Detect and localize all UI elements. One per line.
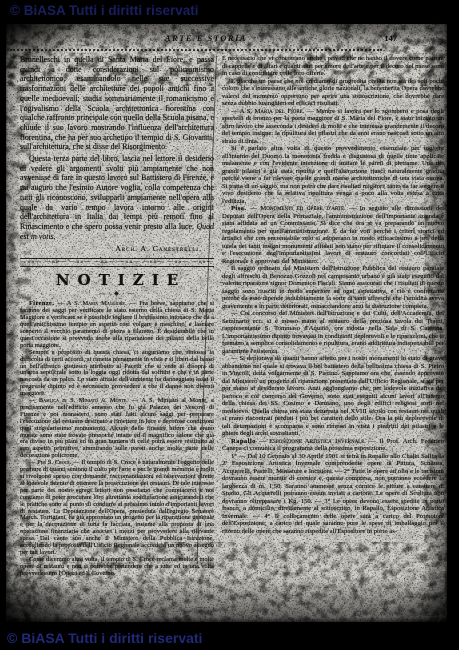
news-item: — Col concorso dei Ministeri dell'Istruz… [222,310,444,355]
section-title: NOTIZIE [20,271,214,289]
news-item: Sempre a proposito di questa chiesa, ci … [20,350,214,398]
news-item: Rapallo — Esposizione Artistica Invernal… [222,438,444,453]
right-column: È necessario che vi concorrano anche i p… [222,55,444,569]
news-text: È necessario che vi concorrano anche i p… [222,55,444,77]
news-lead: — Monumenti ed opere d'arte. — [246,205,359,212]
news-item: Si è parlato altra volta di questo provv… [222,145,444,205]
news-city: Rapallo [231,438,256,445]
news-text: In seguito alle dimissioni dei Deputati … [222,205,444,265]
page-surface: ARTE E STORIA 147 Brunelleschi in quella… [6,24,447,622]
article-text: Brunelleschi in quella di Santa Maria de… [20,55,214,151]
news-text: E giacché un paese che noi crediamo di p… [222,78,444,108]
news-lead: — A S. Maria del Fiore. — [231,108,316,115]
news-text: — Col concorso dei Ministeri dell'Istruz… [222,310,444,355]
journal-title: ARTE E STORIA [124,33,288,43]
news-text: Il saggio ordinato dal Ministero dell'Is… [222,265,444,310]
article-text: Questa terza parte del libro, lascia nel… [20,154,214,231]
news-text: Come dicemmo altra volta, il tempio di S… [20,556,214,577]
watermark-top: © BiASA Tutti i diritti riservati [10,3,198,18]
article-signature: Arch. A. Canestrelli. [20,244,214,253]
news-text: Sempre a proposito di questa chiesa, ci … [20,349,214,397]
scanned-journal-page: ARTE E STORIA 147 Brunelleschi in quella… [0,0,459,650]
news-item: È necessario che vi concorrano anche i p… [222,55,444,78]
ornament-band: —«»— —«»— —«»— —«»— —«»— —«»— —«»— —«»— … [20,258,214,267]
ornament-small: — · ◆ · — [20,290,214,297]
news-item: Pisa. — Monumenti ed opere d'arte. — In … [222,205,444,265]
news-text: — Si deplorava da quanti hanno affetto p… [222,355,444,437]
article-paragraph: Questa terza parte del libro, lascia nel… [20,154,214,241]
watermark-bottom: © BiASA Tutti i diritti riservati [7,630,202,646]
news-item: — A S. Maria del Fiore. — Mentre si lavo… [222,108,444,146]
news-text: Fra breve, sappiamo che si faranno dei s… [20,300,214,348]
news-item: — Basilica di S. Miniato al Monte. — A S… [20,398,214,460]
news-city: Pisa. [231,205,246,212]
news-text: 1° — Dal 10 Gennaio al 30 Aprile 1901 si… [222,453,444,535]
news-text: A S. Miniato al Monte, e precisamente ne… [20,397,214,459]
news-text: Il tempio di S. Croce è naturalmente l'o… [20,459,214,556]
news-item: Come dicemmo altra volta, il tempio di S… [20,557,214,578]
article-paragraph: Brunelleschi in quella di Santa Maria de… [20,55,214,152]
left-column: Brunelleschi in quella di Santa Maria de… [20,55,214,593]
news-item: — Si deplorava da quanti hanno affetto p… [222,355,444,438]
show-through-ornament [254,594,318,650]
news-item: — Per S. Croce. — Il tempio di S. Croce … [20,460,214,557]
news-item: Il saggio ordinato dal Ministero dell'Is… [222,265,444,310]
news-text: Si è parlato altra volta di questo provv… [222,145,444,205]
news-lead: — Esposizione Artistica Invernale. — [256,438,380,445]
news-item: E giacché un paese che noi crediamo di p… [222,78,444,108]
page-number: 147 [384,33,397,43]
header-rule [10,49,382,51]
news-item: 1° — Dal 10 Gennaio al 30 Aprile 1901 si… [222,453,444,536]
running-head: ARTE E STORIA 147 [6,33,447,47]
news-item: Firenze. — A S. Maria Maggiore. — Fra br… [20,301,214,349]
